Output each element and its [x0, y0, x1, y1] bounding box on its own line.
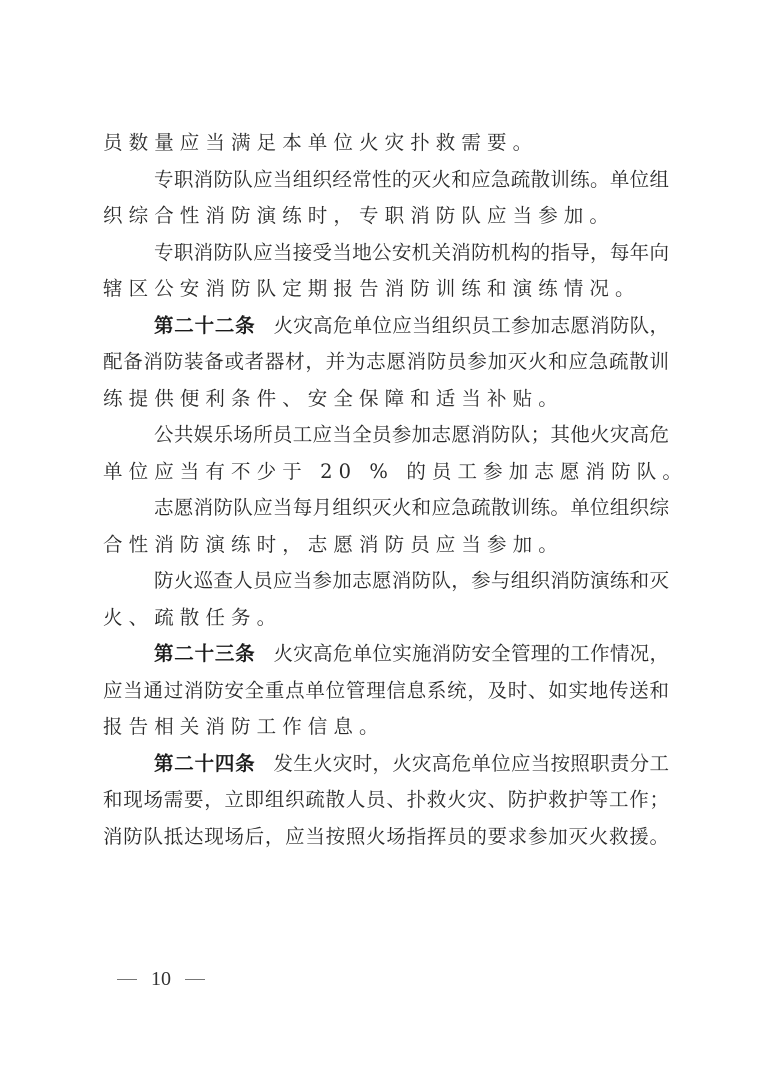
paragraph-line: 辖区公安消防队定期报告消防训练和演练情况。 — [103, 274, 669, 304]
paragraph-line: 单位应当有不少于 20 % 的员工参加志愿消防队。 — [103, 457, 669, 487]
document-page: 员数量应当满足本单位火灾扑救需要。 专职消防队应当组织经常性的灭火和应急疏散训练… — [0, 0, 770, 1089]
paragraph-line: 配备消防装备或者器材，并为志愿消防员参加灭火和应急疏散训 — [103, 347, 669, 377]
paragraph-line: 员数量应当满足本单位火灾扑救需要。 — [103, 128, 669, 158]
paragraph-line: 志愿消防队应当每月组织灭火和应急疏散训练。单位组织综 — [154, 493, 669, 523]
dash-left — [117, 979, 137, 980]
page-number: 10 — [151, 964, 171, 994]
article-heading: 第二十二条 — [154, 314, 255, 337]
article-text: 火灾高危单位应当组织员工参加志愿消防队， — [273, 314, 669, 337]
paragraph-line: 和现场需要，立即组织疏散人员、扑救火灾、防护救护等工作； — [103, 785, 669, 815]
article-heading: 第二十三条 — [154, 642, 255, 665]
paragraph-line: 应当通过消防安全重点单位管理信息系统，及时、如实地传送和 — [103, 676, 669, 706]
article-text: 发生火灾时，火灾高危单位应当按照职责分工 — [273, 752, 669, 775]
page-footer: 10 — [117, 964, 205, 994]
paragraph-line: 专职消防队应当组织经常性的灭火和应急疏散训练。单位组 — [154, 165, 669, 195]
paragraph-line: 报告相关消防工作信息。 — [103, 712, 669, 742]
paragraph-line: 火、疏散任务。 — [103, 603, 669, 633]
paragraph-line: 防火巡查人员应当参加志愿消防队，参与组织消防演练和灭 — [154, 566, 669, 596]
paragraph-line: 练提供便利条件、安全保障和适当补贴。 — [103, 384, 669, 414]
dash-right — [185, 979, 205, 980]
article-first-line: 第二十三条火灾高危单位实施消防安全管理的工作情况， — [154, 639, 669, 669]
article-text: 火灾高危单位实施消防安全管理的工作情况， — [273, 642, 669, 665]
article-first-line: 第二十四条发生火灾时，火灾高危单位应当按照职责分工 — [154, 749, 669, 779]
article-heading: 第二十四条 — [154, 752, 255, 775]
paragraph-line: 消防队抵达现场后，应当按照火场指挥员的要求参加灭火救援。 — [103, 822, 669, 852]
paragraph-line: 专职消防队应当接受当地公安机关消防机构的指导，每年向 — [154, 238, 669, 268]
paragraph-line: 合性消防演练时，志愿消防员应当参加。 — [103, 530, 669, 560]
paragraph-line: 公共娱乐场所员工应当全员参加志愿消防队；其他火灾高危 — [154, 420, 669, 450]
article-first-line: 第二十二条火灾高危单位应当组织员工参加志愿消防队， — [154, 311, 669, 341]
paragraph-line: 织综合性消防演练时，专职消防队应当参加。 — [103, 201, 669, 231]
